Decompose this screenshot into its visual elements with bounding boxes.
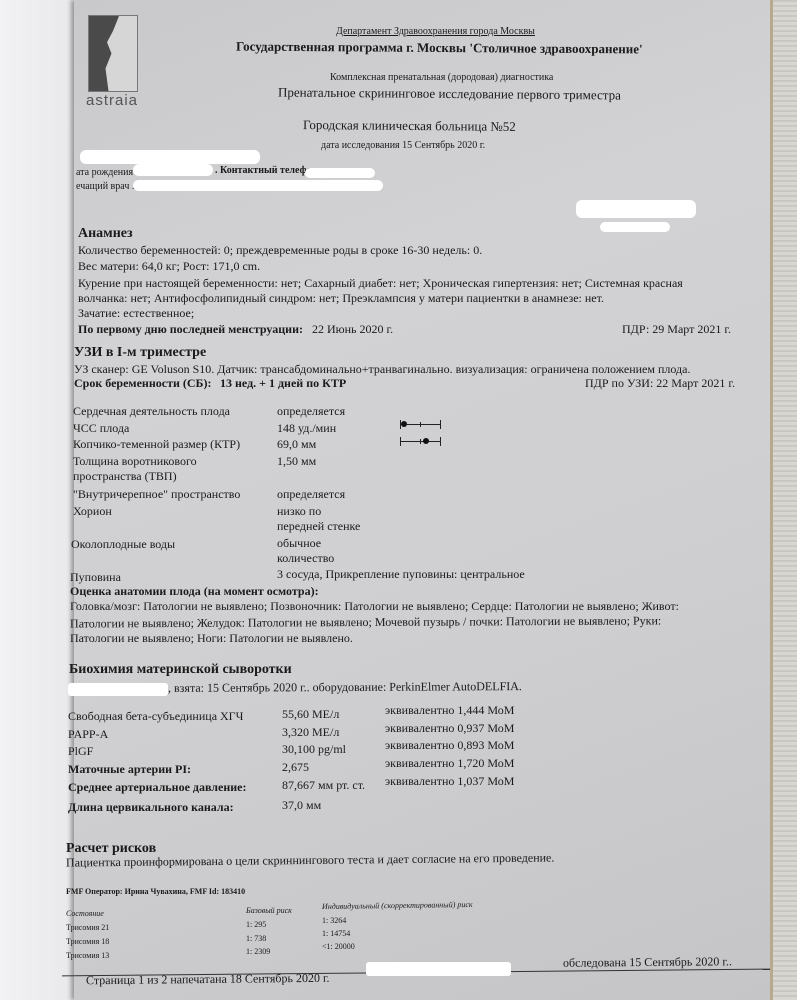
biochem-value: 3,320 МЕ/л (282, 725, 339, 740)
us-value: 69,0 мм (277, 437, 316, 452)
us-value: определяется (277, 404, 345, 419)
us-value: 148 уд./мин (277, 421, 336, 436)
biochem-value: 87,667 мм рт. ст. (282, 778, 365, 793)
redacted-doctor (133, 180, 383, 191)
biochem-mom: эквивалентно 1,720 МоМ (385, 756, 514, 771)
biochem-value: 30,100 pg/ml (282, 742, 346, 757)
us-label: "Внутричерепное" пространство (73, 487, 240, 502)
document-title: Пренатальное скрининговое исследование п… (278, 85, 621, 104)
sample-taken: , взята: 15 Сентябрь 2020 г.. оборудован… (168, 679, 522, 696)
us-label-cont: пространства (ТВП) (73, 469, 177, 484)
biochem-value: 37,0 мм (282, 798, 321, 813)
us-value: определяется (277, 487, 345, 502)
biochem-label: Маточные артерии PI: (68, 762, 191, 777)
logo-text: astraia (86, 92, 138, 109)
anamnesis-line: волчанка: нет; Антифосфолипидный синдром… (78, 291, 604, 306)
astraia-logo-icon (88, 15, 138, 92)
ultrasound-title: УЗИ в I-м триместре (74, 345, 206, 361)
lmp-value: 22 Июнь 2020 г. (312, 322, 393, 337)
us-label: Сердечная деятельность плода (73, 404, 230, 419)
us-label: Толщина воротникового (73, 454, 197, 469)
crl-percentile-scale (400, 437, 445, 447)
us-label: Копчико-теменной размер (КТР) (73, 437, 240, 452)
us-label: Околоплодные воды (71, 537, 175, 552)
anamnesis-line: Зачатие: естественное; (78, 306, 194, 321)
risk-condition: Трисомия 21 (66, 923, 109, 932)
doctor-label: ечащий врач . (76, 181, 134, 192)
phone-label: . Контактный телефо (215, 165, 312, 176)
us-value-cont: количество (277, 551, 334, 566)
edd: ПДР: 29 Март 2021 г. (622, 322, 731, 337)
biochem-mom: эквивалентно 1,444 МоМ (385, 703, 514, 718)
us-value: 1,50 мм (277, 454, 316, 469)
ga-label: Срок беременности (СБ): (74, 376, 211, 391)
biochem-mom: эквивалентно 0,893 МоМ (385, 738, 514, 753)
biochem-title: Биохимия материнской сыворотки (69, 662, 292, 678)
redacted-phone (305, 168, 375, 178)
us-value: 3 сосуда, Прикрепление пуповины: централ… (277, 567, 525, 582)
risk-individual: <1: 20000 (322, 942, 355, 951)
redacted-footer (366, 962, 511, 976)
risk-individual: 1: 3264 (322, 916, 346, 925)
page-info: Страница 1 из 2 напечатана 18 Сентябрь 2… (86, 971, 330, 989)
risk-header-condition: Состояние (66, 909, 104, 918)
redacted-dob (133, 164, 213, 176)
biochem-label: Свободная бета-субъединица ХГЧ (68, 709, 243, 724)
us-label: Пуповина (70, 570, 121, 585)
anatomy-title: Оценка анатомии плода (на момент осмотра… (70, 584, 319, 599)
ga-value: 13 нед. + 1 дней по КТР (220, 376, 346, 391)
risk-base: 1: 738 (246, 934, 266, 943)
page-stack-edge (773, 0, 797, 1000)
biochem-label: PlGF (68, 744, 93, 759)
anatomy-line: Головка/мозг: Патологии не выявлено; Поз… (70, 599, 679, 614)
anamnesis-line: Вес матери: 64,0 кг; Рост: 171,0 cm. (78, 259, 260, 274)
anatomy-line: Патологии не выявлено; Ноги: Патологии н… (70, 631, 353, 646)
us-label: ЧСС плода (73, 421, 129, 436)
redacted-block-2 (600, 222, 670, 232)
biochem-mom: эквивалентно 1,037 МоМ (385, 774, 514, 789)
dob-label: ата рождения (76, 167, 133, 178)
subtitle-small: Комплексная пренатальная (дородовая) диа… (330, 72, 553, 83)
anamnesis-line: Количество беременностей: 0; преждевреме… (78, 243, 482, 258)
risk-individual: 1: 14754 (322, 929, 350, 938)
biochem-label: Среднее артериальное давление: (68, 780, 247, 795)
us-value: низко по (277, 504, 321, 519)
risk-condition: Трисомия 18 (66, 937, 109, 946)
department-title: Департамент Здравоохранения города Москв… (336, 26, 535, 37)
anamnesis-title: Анамнез (78, 226, 133, 242)
us-label: Хорион (73, 504, 112, 519)
biochem-label: Длина цервикального канала: (68, 800, 234, 815)
biochem-label: PAPP-A (68, 727, 108, 742)
exam-date: дата исследования 15 Сентябрь 2020 г. (321, 140, 485, 151)
us-value: обычное (277, 536, 321, 551)
anamnesis-line: Курение при настоящей беременности: нет;… (78, 276, 683, 291)
risk-base: 1: 2309 (246, 947, 270, 956)
lmp-label: По первому дню последней менструации: (78, 322, 303, 337)
fmf-operator: FMF Оператор: Ирина Чувахина, FMF Id: 18… (66, 887, 245, 896)
biochem-value: 55,60 МЕ/л (282, 707, 339, 722)
us-value-cont: передней стенке (277, 519, 360, 534)
redacted-block (576, 200, 696, 218)
hospital-name: Городская клиническая больница №52 (303, 117, 516, 135)
risk-header-base: Базовый риск (246, 906, 292, 915)
redacted-patient-name (80, 150, 260, 164)
biochem-mom: эквивалентно 0,937 МоМ (385, 721, 514, 736)
program-title: Государственная программа г. Москвы 'Сто… (236, 39, 643, 58)
scanner-info: УЗ сканер: GE Voluson S10. Датчик: транс… (74, 362, 690, 377)
redacted-sample-id (68, 683, 168, 696)
risk-condition: Трисомия 13 (66, 951, 109, 960)
risk-base: 1: 295 (246, 920, 266, 929)
heart-rate-percentile-scale (400, 420, 445, 430)
anatomy-line: Патологии не выявлено; Желудок: Патологи… (70, 613, 661, 631)
examined-date: обследована 15 Сентябрь 2020 г.. (563, 954, 732, 970)
edd-ultrasound: ПДР по УЗИ: 22 Март 2021 г. (585, 376, 735, 391)
biochem-value: 2,675 (282, 760, 309, 775)
